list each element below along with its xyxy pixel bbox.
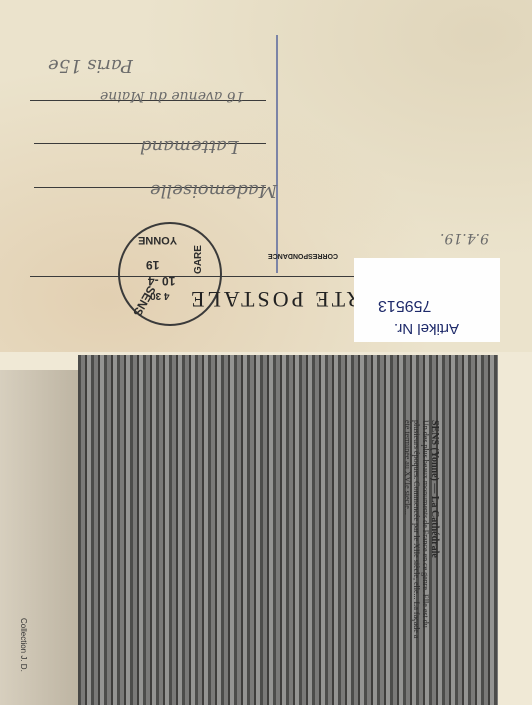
address-divider [276,35,278,273]
article-label: 759513 Artikel Nr. [354,258,500,342]
message-date: 9.4.19. [440,230,489,246]
publisher-credit: Collection J. D. [19,618,28,672]
caption-body: Un des plus beaux monuments de France en… [403,420,429,640]
address-name: Lattemand [140,136,239,157]
caption-title: SENS (Yonne) — La Cathédrale [429,420,440,640]
correspondence-label: CORRESPONDANCE [268,252,338,259]
postcard-back: Paris 15e 16 avenue du Maine Lattemand M… [0,0,532,352]
address-street: 16 avenue du Maine [100,88,244,104]
address-recipient: Mademoiselle [150,180,277,201]
article-number: 759513 [378,296,431,314]
photo-caption: SENS (Yonne) — La Cathédrale Un des plus… [403,420,440,640]
address-city: Paris 15e [48,55,133,76]
article-label-title: Artikel Nr. [394,320,459,337]
street-view [0,370,80,705]
